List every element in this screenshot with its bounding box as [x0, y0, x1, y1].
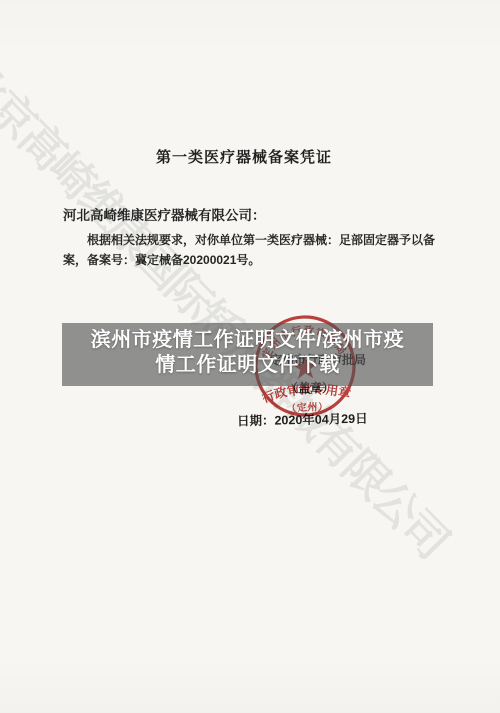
- certificate-body-paragraph: 根据相关法规要求，对你单位第一类医疗器械：足部固定器予以备案，备案号：冀定械备2…: [63, 231, 441, 270]
- overlay-banner-line2: 情工作证明文件下载: [86, 353, 410, 378]
- overlay-banner-line1: 滨州市疫情工作证明文件/滨州市疫: [86, 328, 410, 353]
- overlay-banner-text: 滨州市疫情工作证明文件/滨州市疫 情工作证明文件下载: [86, 323, 410, 378]
- certificate-title: 第一类医疗器械备案凭证: [0, 146, 488, 167]
- overlay-title-banner[interactable]: 滨州市疫情工作证明文件/滨州市疫 情工作证明文件下载: [62, 323, 433, 386]
- scanned-certificate-page: 北京高崎维康国际矫形器械有限公司 第一类医疗器械备案凭证 河北高崎维康医疗器械有…: [0, 0, 500, 713]
- diagonal-watermark: 北京高崎维康国际矫形器械有限公司: [0, 44, 465, 569]
- recipient-company-line: 河北高崎维康医疗器械有限公司：: [63, 204, 266, 224]
